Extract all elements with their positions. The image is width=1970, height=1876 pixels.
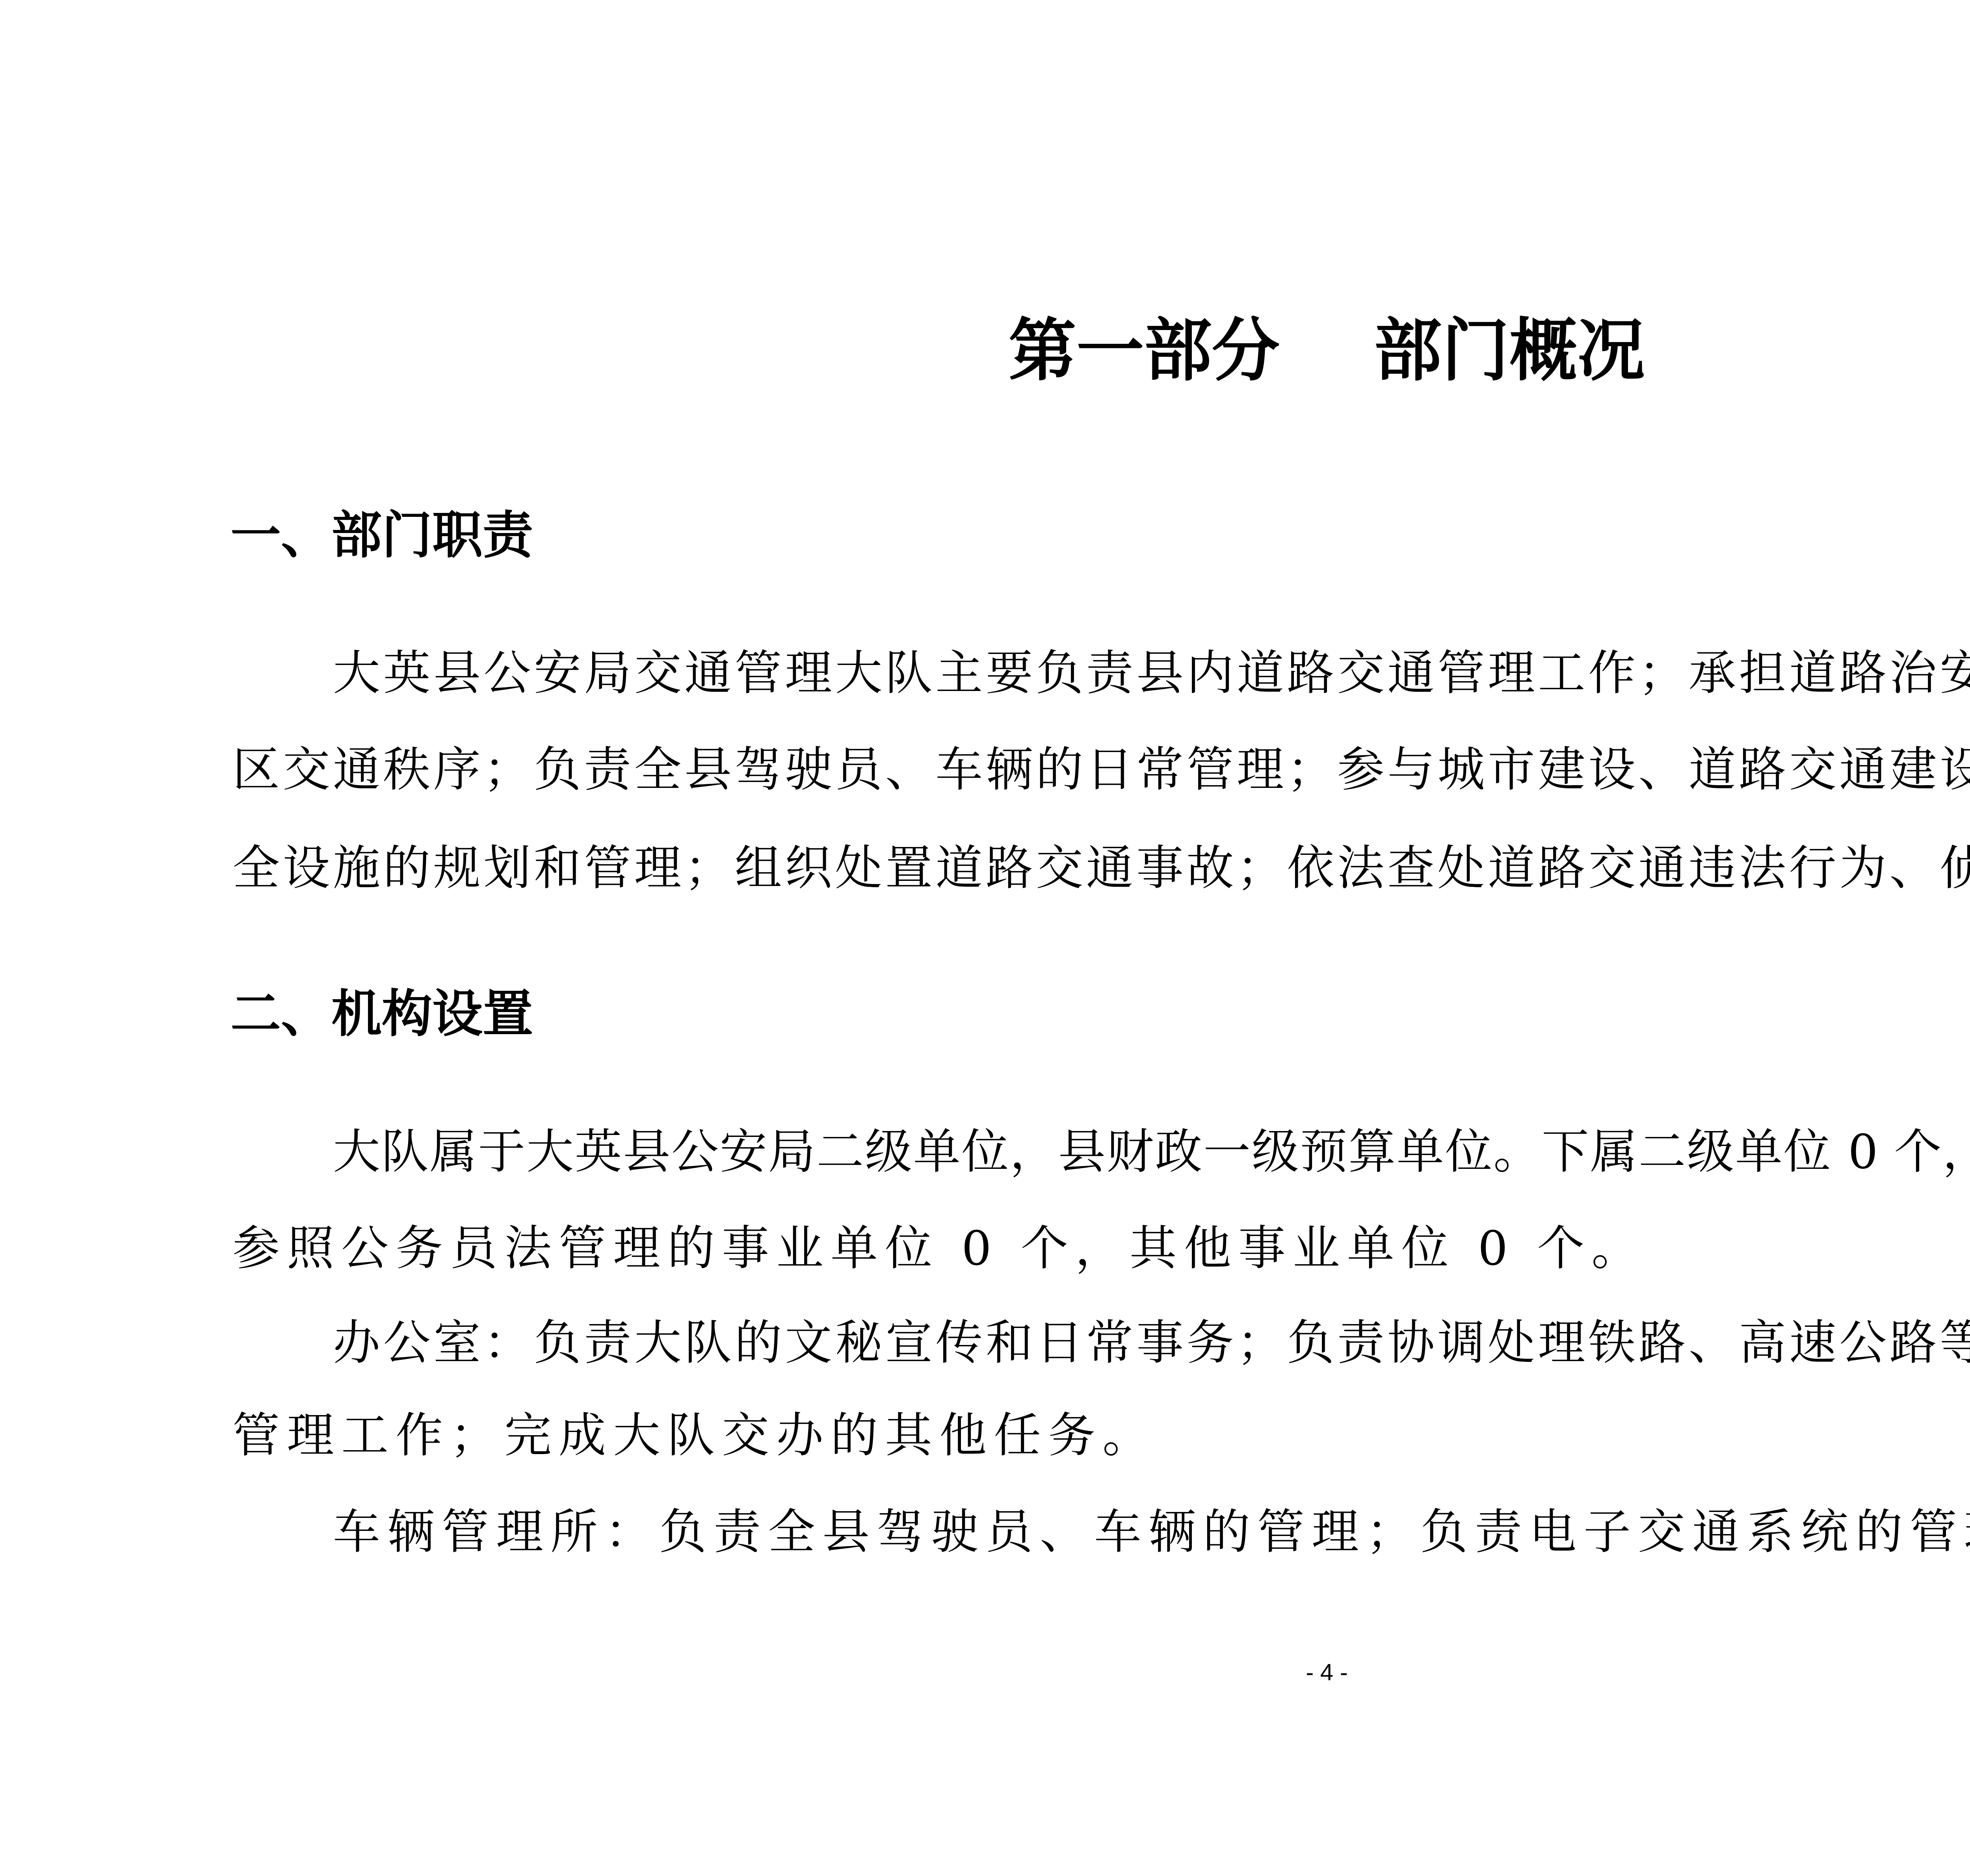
paragraph-line: 管理工作；完成大队交办的其他任务。	[232, 1404, 1970, 1467]
page-title: 第一部分 部门概况	[0, 311, 1970, 390]
document-page: 第一部分 部门概况 一、部门职责 大英县公安局交通管理大队主要负责县内道路交通管…	[0, 0, 1970, 1876]
paragraph-line: 参照公务员法管理的事业单位 0 个，其他事业单位 0 个。	[232, 1217, 1970, 1280]
paragraph-line: 办公室：负责大队的文秘宣传和日常事务；负责协调处理铁路、高速公路等周边的涉车涉路…	[333, 1312, 1970, 1375]
section-heading-organization: 二、机构设置	[230, 985, 533, 1044]
paragraph-line: 区交通秩序；负责全县驾驶员、车辆的日常管理；参与城市建设、道路交通建设及交通标志…	[232, 739, 1970, 802]
section-heading-responsibilities: 一、部门职责	[230, 506, 533, 565]
page-number: - 4 -	[0, 1659, 1970, 1686]
paragraph-line: 大英县公安局交通管理大队主要负责县内道路交通管理工作；承担道路治安巡逻任务；管理…	[333, 642, 1970, 705]
paragraph-line: 大队属于大英县公安局二级单位，县财政一级预算单位。下属二级单位 0 个，其中行政…	[333, 1121, 1970, 1184]
paragraph-line: 车辆管理所：负责全县驾驶员、车辆的管理；负责电子交通系统的管理及其违法信息的处理…	[333, 1501, 1970, 1564]
paragraph-line: 全设施的规划和管理；组织处置道路交通事故；依法查处道路交通违法行为、侦办交通肇事…	[232, 837, 1970, 900]
